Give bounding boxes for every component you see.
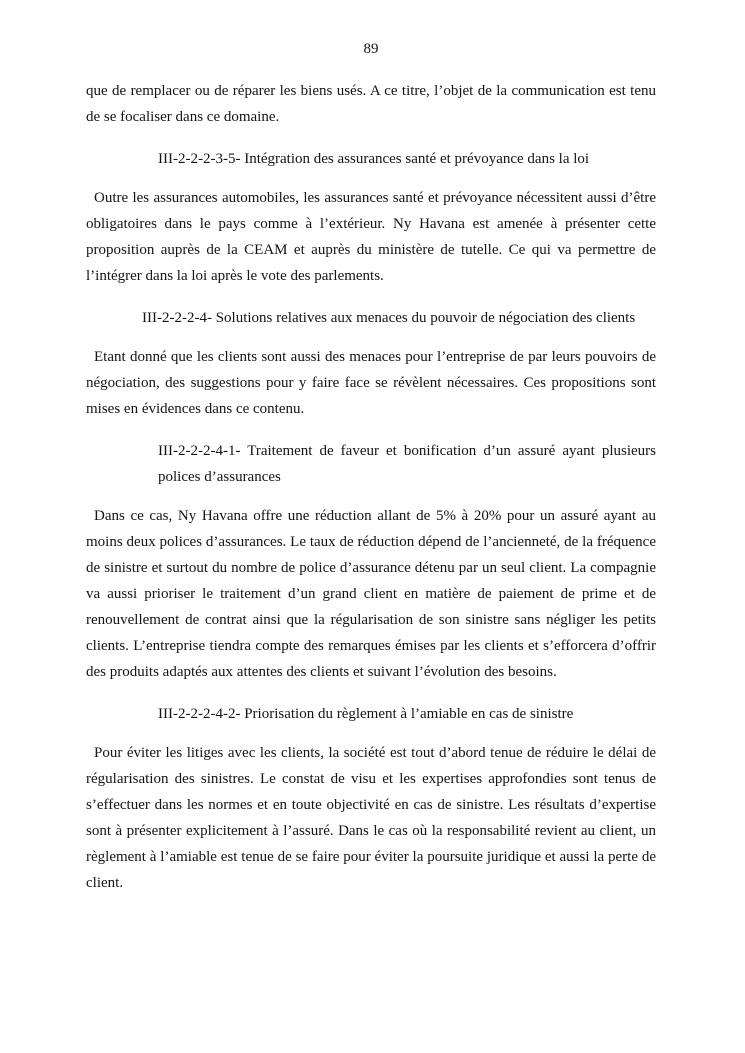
paragraph-assurances-sante: Outre les assurances automobiles, les as… bbox=[86, 185, 656, 289]
paragraph-menaces-clients: Etant donné que les clients sont aussi d… bbox=[86, 344, 656, 422]
paragraph-traitement-faveur: Dans ce cas, Ny Havana offre une réducti… bbox=[86, 503, 656, 685]
document-page: 89 que de remplacer ou de réparer les bi… bbox=[0, 0, 745, 1053]
page-number: 89 bbox=[86, 36, 656, 62]
heading-III-2-2-2-4: III-2-2-2-4- Solutions relatives aux men… bbox=[142, 305, 656, 331]
heading-III-2-2-2-4-2: III-2-2-2-4-2- Priorisation du règlement… bbox=[158, 701, 656, 727]
heading-III-2-2-2-4-1: III-2-2-2-4-1- Traitement de faveur et b… bbox=[158, 438, 656, 490]
heading-III-2-2-2-3-5: III-2-2-2-3-5- Intégration des assurance… bbox=[158, 146, 656, 172]
paragraph-reglement-amiable: Pour éviter les litiges avec les clients… bbox=[86, 740, 656, 896]
paragraph-continuation: que de remplacer ou de réparer les biens… bbox=[86, 78, 656, 130]
